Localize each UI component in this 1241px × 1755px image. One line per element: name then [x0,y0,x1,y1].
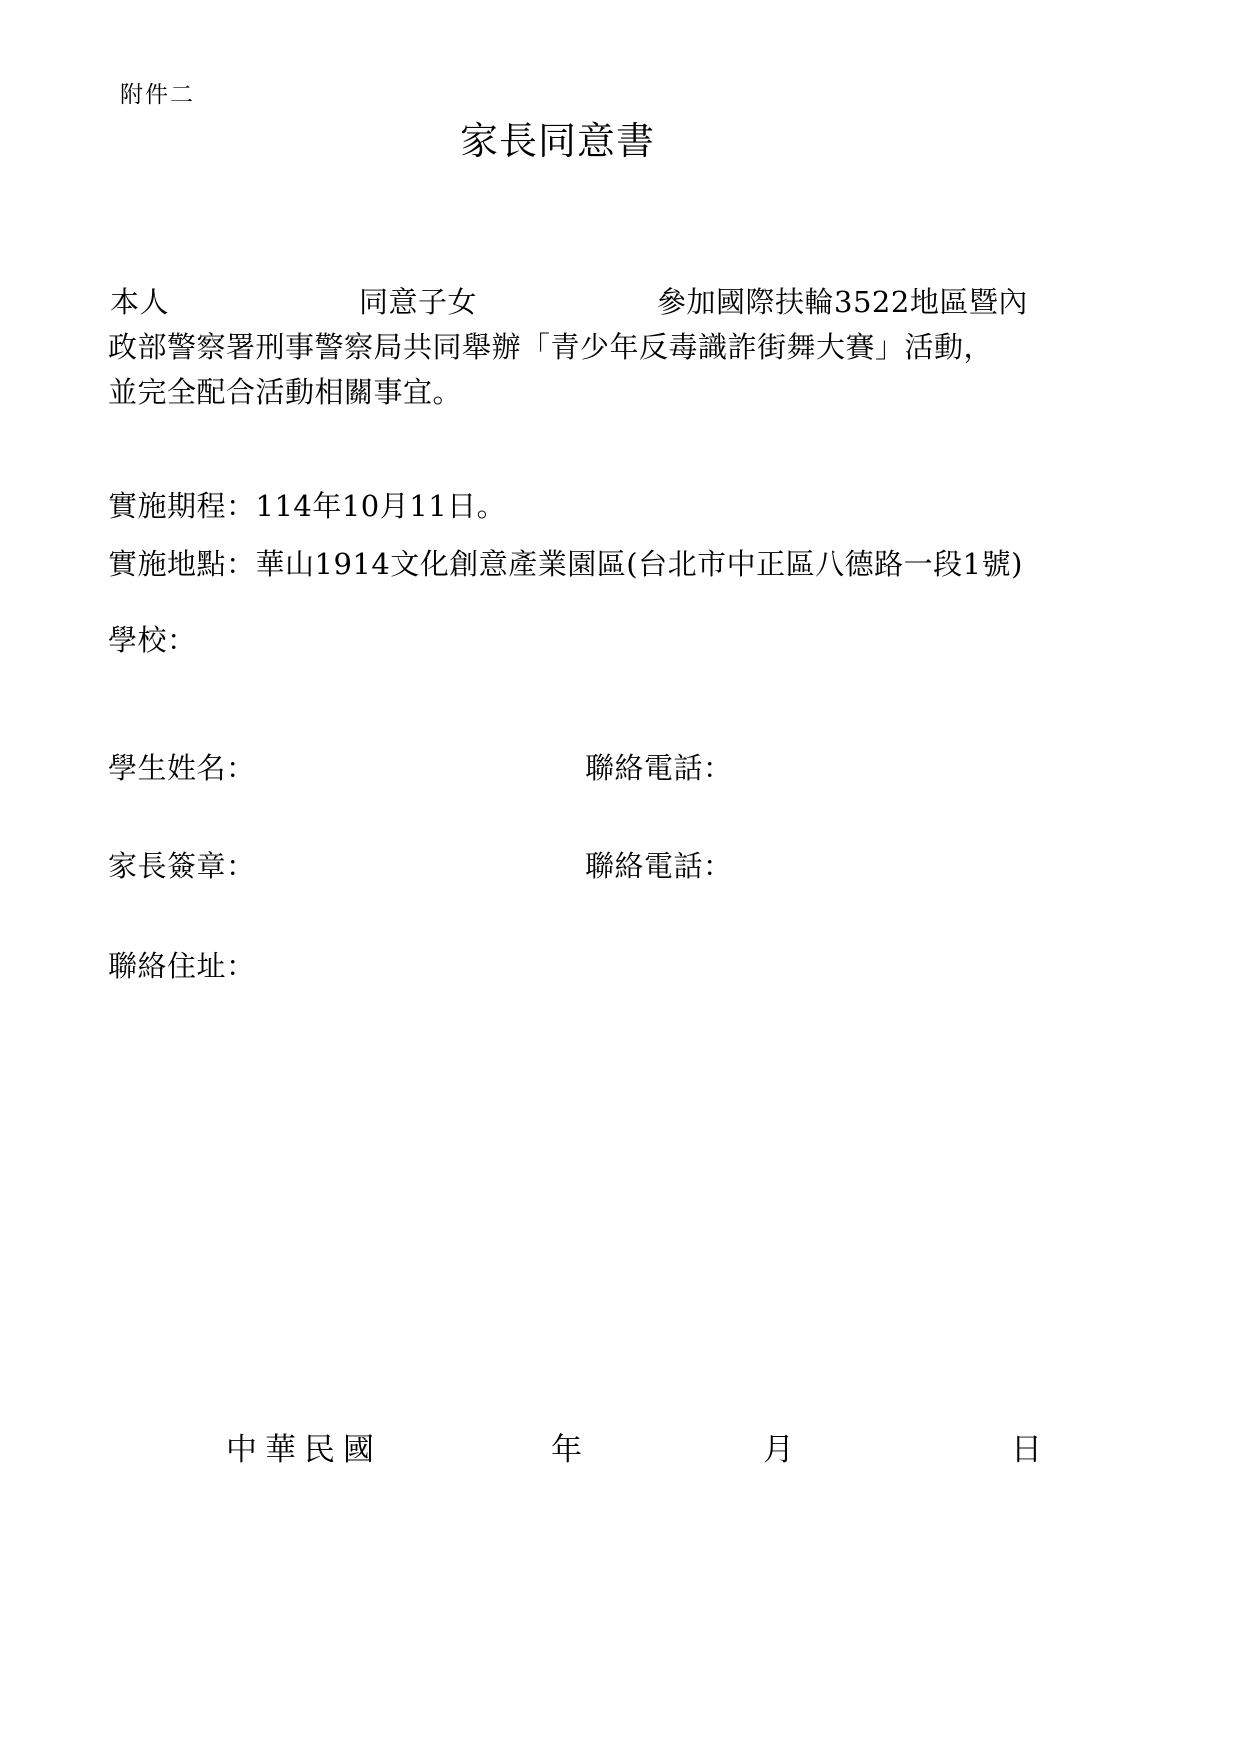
consent-line1-mid: 同意子女 [359,285,477,319]
consent-line1-suffix: 參加國際扶輪3522地區暨內 [657,285,1028,319]
consent-form-page: 附件二 家長同意書 本人同意子女參加國際扶輪3522地區暨內 政部警察署刑事警察… [0,0,1241,1755]
page-title: 家長同意書 [460,110,655,165]
consent-paragraph-line2: 政部警察署刑事警察局共同舉辦「青少年反毒識詐街舞大賽」活動， [108,331,993,364]
parent-phone-label: 聯絡電話： [585,850,733,883]
parent-name-blank [169,311,359,312]
contact-address-label: 聯絡住址： [108,950,256,983]
schedule-line: 實施期程：114年10月11日。 [108,490,506,523]
student-phone-label: 聯絡電話： [585,752,733,785]
school-label: 學校： [108,624,197,657]
consent-line1-prefix: 本人 [110,285,169,319]
child-name-blank [477,311,657,312]
parent-signature-label: 家長簽章： [108,850,256,883]
date-month-label: 月 [763,1424,794,1469]
location-line: 實施地點：華山1914文化創意產業園區(台北市中正區八德路一段1號) [108,548,1023,581]
consent-paragraph-line3: 並完全配合活動相關事宜。 [108,376,462,409]
date-year-label: 年 [551,1424,582,1469]
attachment-label: 附件二 [120,76,195,109]
consent-paragraph-line1: 本人同意子女參加國際扶輪3522地區暨內 [110,286,1028,319]
student-name-label: 學生姓名： [108,752,256,785]
date-day-label: 日 [1011,1424,1042,1469]
date-era-label: 中華民國 [226,1424,382,1469]
